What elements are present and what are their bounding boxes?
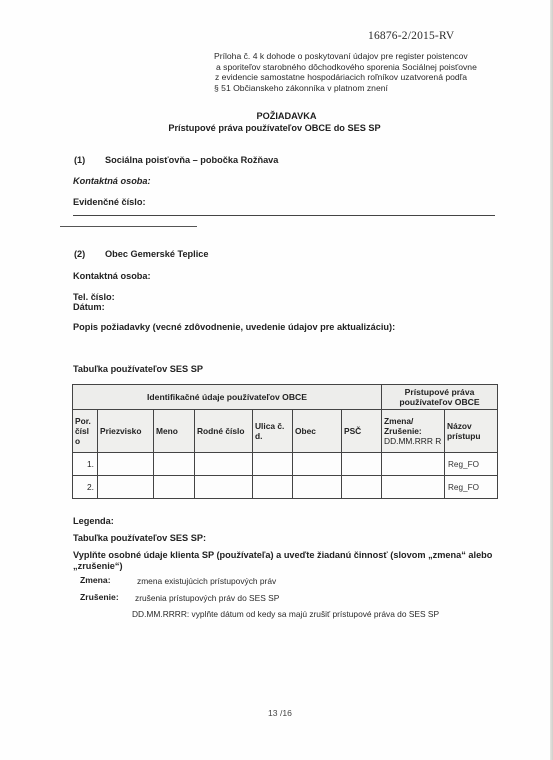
legend-date-note: DD.MM.RRRR: vyplňte dátum od kedy sa maj…: [132, 609, 439, 619]
users-table: Identifikačné údaje používateľov OBCE Pr…: [72, 384, 498, 499]
row-index: 1.: [73, 453, 98, 476]
annex-line: z evidencie samostatne hospodáriacich ro…: [214, 72, 477, 83]
legend-def-cancel: zrušenia prístupových práv do SES SP: [135, 593, 279, 603]
legend-term-change: Zmena:: [80, 575, 111, 585]
date-format-label: DD.MM.RRR R: [384, 436, 441, 446]
birth-number-cell[interactable]: [195, 476, 253, 499]
group-header-access-rights: Prístupové práva používateľov OBCE: [382, 385, 498, 410]
col-header-access-name: Názov prístupu: [445, 410, 498, 453]
document-subtitle: Prístupové práva používateľov OBCE do SE…: [0, 123, 551, 133]
col-header-town: Obec: [293, 410, 342, 453]
party1-record-label: Evidenčné číslo:: [73, 197, 146, 207]
street-cell[interactable]: [253, 453, 293, 476]
access-cell: Reg_FO: [445, 453, 498, 476]
legend-instruction-line1: Vyplňte osobné údaje klienta SP (používa…: [73, 550, 492, 560]
legend-def-change: zmena existujúcich prístupových práv: [137, 576, 276, 586]
town-cell[interactable]: [293, 476, 342, 499]
surname-cell[interactable]: [98, 476, 154, 499]
surname-cell[interactable]: [98, 453, 154, 476]
annex-line: a sporiteľov starobného dôchodkového spo…: [214, 62, 477, 73]
name-cell[interactable]: [154, 453, 195, 476]
request-description-label: Popis požiadavky (vecné zdôvodnenie, uve…: [73, 322, 395, 332]
col-header-birth-number: Rodné číslo: [195, 410, 253, 453]
col-header-name: Meno: [154, 410, 195, 453]
table-row: 1. Reg_FO: [73, 453, 498, 476]
change-cell[interactable]: [382, 476, 445, 499]
party2-phone-label: Tel. číslo:: [73, 292, 115, 302]
col-header-street: Ulica č. d.: [253, 410, 293, 453]
party2-name: Obec Gemerské Teplice: [105, 249, 209, 259]
document-title: POŽIADAVKA: [10, 111, 553, 121]
street-cell[interactable]: [253, 476, 293, 499]
party2-contact-label: Kontaktná osoba:: [73, 271, 151, 281]
change-cell[interactable]: [382, 453, 445, 476]
zip-cell[interactable]: [342, 453, 382, 476]
party2-number: (2): [74, 249, 85, 259]
col-header-surname: Priezvisko: [98, 410, 154, 453]
row-index: 2.: [73, 476, 98, 499]
legend-term-cancel: Zrušenie:: [80, 592, 119, 602]
col-header-change-cancel: Zmena/ Zrušenie: DD.MM.RRR R: [382, 410, 445, 453]
col-header-por: Por. čísl o: [73, 410, 98, 453]
table-row: 2. Reg_FO: [73, 476, 498, 499]
legend-instruction-line2: „zrušenie“): [73, 561, 123, 571]
access-cell: Reg_FO: [445, 476, 498, 499]
separator-line: [73, 215, 495, 216]
group-header-identification: Identifikačné údaje používateľov OBCE: [73, 385, 382, 410]
annex-note: Príloha č. 4 k dohode o poskytovaní údaj…: [214, 51, 477, 94]
birth-number-cell[interactable]: [195, 453, 253, 476]
legend-table-label: Tabuľka používateľov SES SP:: [73, 533, 206, 543]
reference-number: 16876-2/2015-RV: [368, 30, 454, 42]
separator-line-short: [60, 226, 197, 227]
party2-date-label: Dátum:: [73, 302, 105, 312]
zip-cell[interactable]: [342, 476, 382, 499]
party1-name: Sociálna poisťovňa – pobočka Rožňava: [105, 155, 278, 165]
col-header-zip: PSČ: [342, 410, 382, 453]
legend-title: Legenda:: [73, 516, 114, 526]
change-cancel-label: Zmena/ Zrušenie:: [384, 416, 422, 436]
party1-contact-label: Kontaktná osoba:: [73, 176, 151, 186]
users-table-caption: Tabuľka používateľov SES SP: [73, 364, 203, 374]
annex-line: § 51 Občianskeho zákonníka v platnom zne…: [214, 83, 477, 94]
annex-line: Príloha č. 4 k dohode o poskytovaní údaj…: [214, 51, 477, 62]
town-cell[interactable]: [293, 453, 342, 476]
page-number: 13 /16: [268, 708, 292, 718]
name-cell[interactable]: [154, 476, 195, 499]
party1-number: (1): [74, 155, 85, 165]
